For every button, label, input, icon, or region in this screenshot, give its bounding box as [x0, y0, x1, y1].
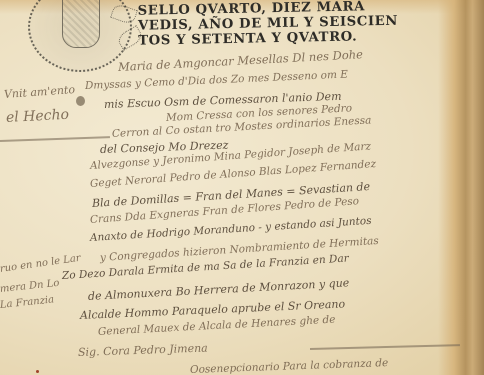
- manuscript-line: Sig. Cora Pedro Jimena: [78, 341, 208, 359]
- margin-note: Vnit am'ento: [4, 83, 76, 101]
- margin-note: mera Dn Lo: [0, 278, 60, 295]
- page-binding-edge: [438, 0, 484, 375]
- margin-divider: [0, 136, 110, 141]
- manuscript-page: SELLO QVARTO, DIEZ MARA VEDIS, AÑO DE MI…: [0, 0, 484, 375]
- ink-dot: [36, 370, 39, 373]
- manuscript-line: Oosenepcionario Para la cobranza de: [190, 357, 389, 375]
- coat-of-arms-icon: [62, 0, 100, 48]
- margin-note: La Franzia: [0, 294, 55, 311]
- printed-stamp-heading: SELLO QVARTO, DIEZ MARA VEDIS, AÑO DE MI…: [138, 0, 419, 49]
- ink-blot: [76, 96, 85, 106]
- margin-note: el Hecho: [6, 107, 70, 126]
